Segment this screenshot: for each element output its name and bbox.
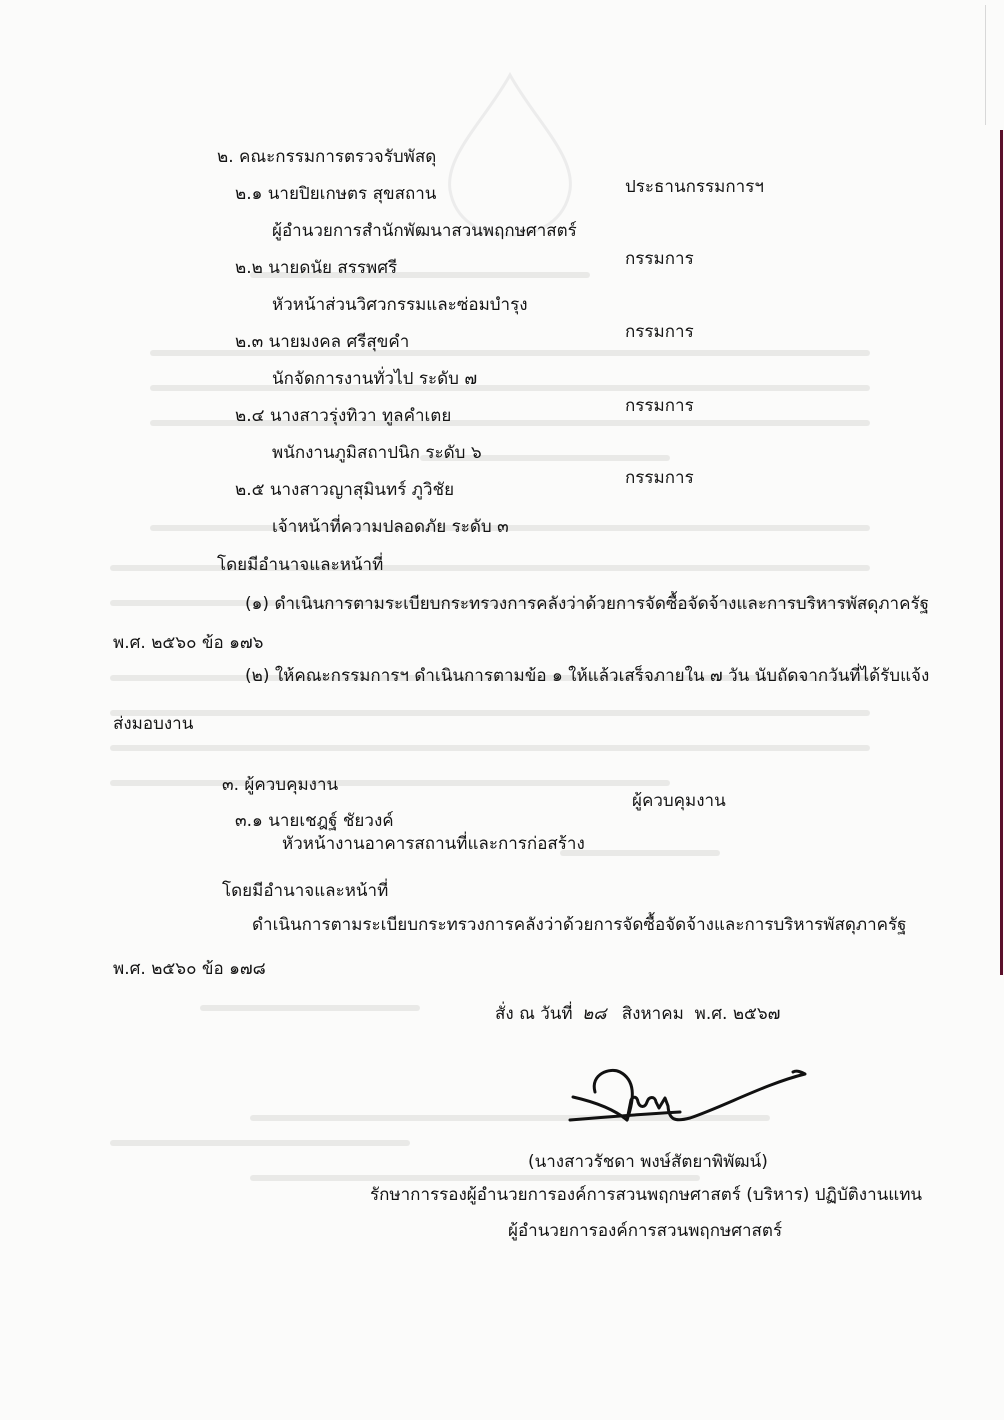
member-2-2-position: หัวหน้าส่วนวิศวกรรมและซ่อมบำรุง: [272, 294, 528, 316]
section-3-duty-1-cont: พ.ศ. ๒๕๖๐ ข้อ ๑๗๘: [113, 958, 266, 980]
order-date-day: ๒๘: [582, 1004, 606, 1024]
member-2-1-name: ๒.๑ นายปิยเกษตร สุขสถาน: [235, 183, 436, 205]
member-2-4-position: พนักงานภูมิสถาปนิก ระดับ ๖: [272, 442, 482, 464]
member-2-3-role: กรรมการ: [625, 321, 694, 343]
member-2-3-name: ๒.๓ นายมงคล ศรีสุขคำ: [235, 331, 409, 353]
member-2-4-role: กรรมการ: [625, 395, 694, 417]
signatory-title-line-1: รักษาการรองผู้อำนวยการองค์การสวนพฤกษศาสต…: [370, 1184, 922, 1206]
section-2-duty-2-cont: ส่งมอบงาน: [113, 713, 193, 735]
section-3-heading: ๓. ผู้ควบคุมงาน: [222, 774, 338, 796]
order-date-year: พ.ศ. ๒๕๖๗: [695, 1004, 781, 1024]
member-2-2-role: กรรมการ: [625, 248, 694, 270]
section-2-duty-1: (๑) ดำเนินการตามระเบียบกระทรวงการคลังว่า…: [245, 593, 929, 615]
member-3-1-role: ผู้ควบคุมงาน: [632, 790, 726, 812]
signatory-title-line-2: ผู้อำนวยการองค์การสวนพฤกษศาสตร์: [508, 1220, 782, 1242]
member-2-5-role: กรรมการ: [625, 467, 694, 489]
member-3-1-position: หัวหน้างานอาคารสถานที่และการก่อสร้าง: [282, 833, 585, 855]
binding-edge-mark: [1000, 130, 1003, 975]
section-2-duty-2: (๒) ให้คณะกรรมการฯ ดำเนินการตามข้อ ๑ ให้…: [245, 665, 929, 687]
signature-icon: [565, 1062, 815, 1137]
member-2-1-position: ผู้อำนวยการสำนักพัฒนาสวนพฤกษศาสตร์: [272, 220, 577, 242]
document-page: ๒. คณะกรรมการตรวจรับพัสดุ ๒.๑ นายปิยเกษต…: [0, 0, 1004, 1420]
order-date: สั่ง ณ วันที่ ๒๘ สิงหาคม พ.ศ. ๒๕๖๗: [495, 1003, 780, 1025]
section-3-duty-1: ดำเนินการตามระเบียบกระทรวงการคลังว่าด้วย…: [252, 914, 907, 936]
member-2-5-position: เจ้าหน้าที่ความปลอดภัย ระดับ ๓: [272, 516, 509, 538]
order-date-month: สิงหาคม: [622, 1004, 684, 1024]
member-3-1-name: ๓.๑ นายเชฎฐ์ ชัยวงค์: [235, 810, 394, 832]
scan-edge-line: [985, 5, 986, 125]
member-2-1-role: ประธานกรรมการฯ: [625, 176, 764, 198]
member-2-2-name: ๒.๒ นายดนัย สรรพศรี: [235, 257, 397, 279]
section-2-heading: ๒. คณะกรรมการตรวจรับพัสดุ: [217, 146, 436, 168]
section-3-duties-heading: โดยมีอำนาจและหน้าที่: [222, 880, 388, 902]
member-2-4-name: ๒.๔ นางสาวรุ่งทิวา ทูลคำเตย: [235, 405, 451, 427]
section-2-duty-1-cont: พ.ศ. ๒๕๖๐ ข้อ ๑๗๖: [113, 632, 263, 654]
emblem-watermark-icon: [440, 70, 580, 240]
member-2-5-name: ๒.๕ นางสาวญาสุมินทร์ ภูวิชัย: [235, 479, 454, 501]
member-2-3-position: นักจัดการงานทั่วไป ระดับ ๗: [272, 368, 477, 390]
order-date-prefix: สั่ง ณ วันที่: [495, 1004, 573, 1024]
section-2-duties-heading: โดยมีอำนาจและหน้าที่: [217, 554, 383, 576]
signatory-name: (นางสาวรัชดา พงษ์สัตยาพิพัฒน์): [528, 1151, 768, 1173]
